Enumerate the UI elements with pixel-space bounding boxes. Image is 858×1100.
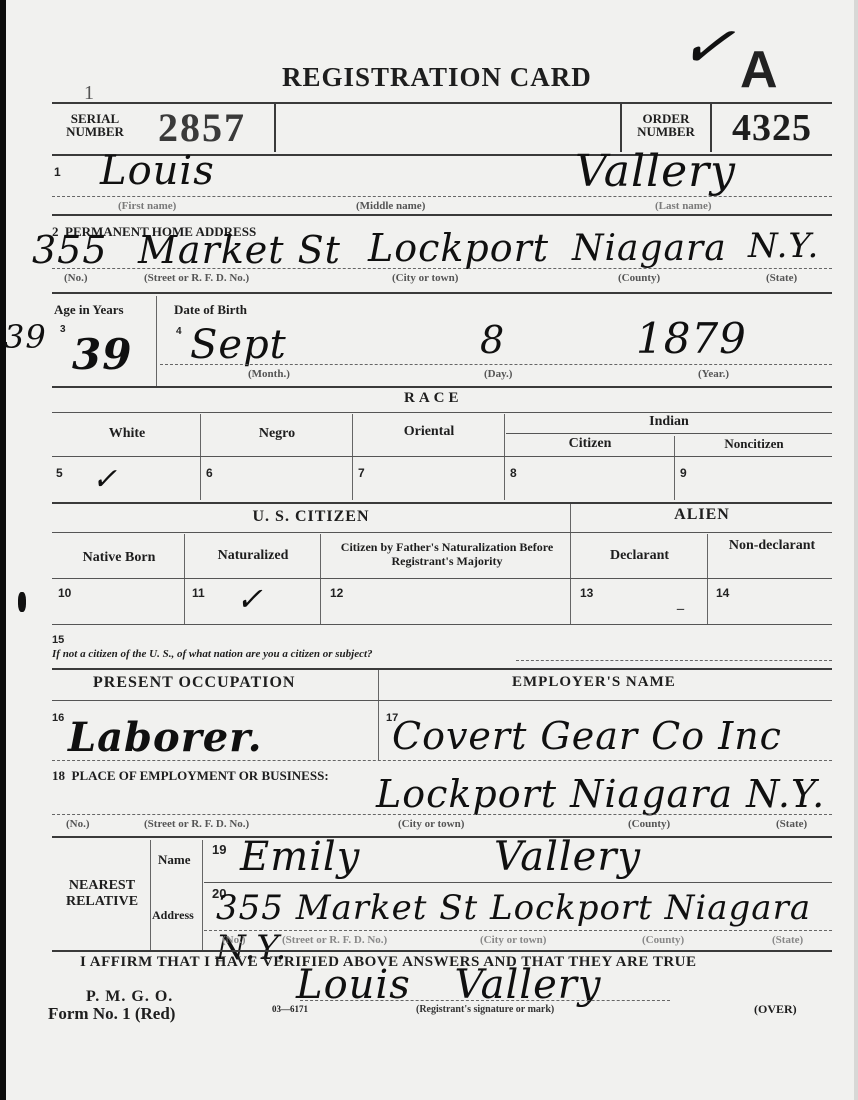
field-number-1: 1 <box>54 165 61 179</box>
relative-state-caption: (State) <box>772 934 803 946</box>
race-white-label: White <box>54 426 200 442</box>
divider <box>352 414 353 500</box>
first-name-caption: (First name) <box>118 200 176 212</box>
field-number-13: 13 <box>580 586 593 600</box>
non-declarant-label: Non-declarant <box>722 538 822 554</box>
occupation-heading: PRESENT OCCUPATION <box>93 674 295 692</box>
serial-number: 2857 <box>158 104 246 151</box>
race-heading: RACE <box>404 390 463 407</box>
field-number-19: 19 <box>212 842 226 857</box>
field-number-4: 4 <box>176 326 182 337</box>
divider <box>320 534 321 624</box>
registrant-signature[interactable]: Louis Vallery <box>296 962 601 1008</box>
field-number-18: 18 <box>52 768 65 783</box>
birth-day-caption: (Day.) <box>484 368 512 380</box>
rule <box>52 668 832 670</box>
race-indian-citizen-label: Citizen <box>506 436 674 452</box>
field-number-3: 3 <box>60 324 66 335</box>
field-number-16: 16 <box>52 712 64 724</box>
race-white-checkbox[interactable]: ✓ <box>92 462 118 497</box>
form-number: Form No. 1 (Red) <box>48 1004 175 1024</box>
employment-county-caption: (County) <box>628 818 670 830</box>
rule <box>52 950 832 952</box>
relative-address-label: Address <box>152 908 194 923</box>
address-street-caption: (Street or R. F. D. No.) <box>144 272 249 284</box>
field-number-9: 9 <box>680 466 687 480</box>
classification-letter: A <box>740 40 778 100</box>
over-label: (OVER) <box>754 1002 797 1017</box>
address-state-caption: (State) <box>766 272 797 284</box>
employment-no-caption: (No.) <box>66 818 90 830</box>
relative-no-caption: (No.) <box>222 934 246 946</box>
print-code: 03—6171 <box>272 1004 308 1014</box>
field-number-6: 6 <box>206 466 213 480</box>
nearest-relative-label: NEAREST RELATIVE <box>54 878 150 910</box>
field-number-10: 10 <box>58 586 71 600</box>
rule <box>52 814 832 815</box>
rule <box>506 433 832 434</box>
divider <box>710 104 712 152</box>
nation-answer-line[interactable] <box>516 660 832 661</box>
age-label: Age in Years <box>54 302 124 318</box>
age-margin-note: 39 <box>4 318 47 356</box>
rule <box>52 268 832 269</box>
nation-question: If not a citizen of the U. S., of what n… <box>52 648 373 660</box>
birth-day-value[interactable]: 8 <box>480 318 505 362</box>
relative-street-caption: (Street or R. F. D. No.) <box>282 934 387 946</box>
divider <box>274 104 276 152</box>
address-city-value[interactable]: Lockport <box>368 226 549 270</box>
address-city-caption: (City or town) <box>392 272 458 284</box>
field-number-8: 8 <box>510 466 517 480</box>
rule <box>204 930 832 931</box>
relative-name-value[interactable]: Emily Vallery <box>240 834 641 880</box>
relative-county-caption: (County) <box>642 934 684 946</box>
last-name-value[interactable]: Vallery <box>575 146 736 197</box>
employer-heading: EMPLOYER'S NAME <box>512 674 676 691</box>
declarant-label: Declarant <box>572 548 707 564</box>
middle-name-caption: (Middle name) <box>356 200 425 212</box>
rule <box>160 364 832 365</box>
employment-state-caption: (State) <box>776 818 807 830</box>
relative-name-label: Name <box>158 852 191 868</box>
race-indian-noncitizen-label: Noncitizen <box>676 436 832 452</box>
divider <box>674 436 675 500</box>
employment-street-caption: (Street or R. F. D. No.) <box>144 818 249 830</box>
divider <box>570 504 571 624</box>
naturalized-checkbox[interactable]: ✓ <box>236 580 264 618</box>
relative-city-caption: (City or town) <box>480 934 546 946</box>
employer-value[interactable]: Covert Gear Co Inc <box>392 714 782 758</box>
declarant-checkbox[interactable]: – <box>676 598 686 619</box>
rule <box>52 700 832 701</box>
last-name-caption: (Last name) <box>655 200 712 212</box>
divider <box>200 414 201 500</box>
us-citizen-heading: U. S. CITIZEN <box>52 508 570 526</box>
rule <box>204 882 832 883</box>
rule <box>52 412 832 413</box>
divider <box>378 670 379 760</box>
employment-place-label: 18 PLACE OF EMPLOYMENT OR BUSINESS: <box>52 768 329 784</box>
field-number-12: 12 <box>330 586 343 600</box>
native-born-label: Native Born <box>54 550 184 566</box>
rule <box>52 760 832 761</box>
field-number-15: 15 <box>52 634 64 646</box>
address-county-caption: (County) <box>618 272 660 284</box>
occupation-value[interactable]: Laborer. <box>68 714 263 761</box>
employment-place-value[interactable]: Lockport Niagara N.Y. <box>376 772 825 816</box>
address-street-value[interactable]: Market St <box>138 228 341 272</box>
naturalized-label: Naturalized <box>186 548 320 564</box>
field-number-5: 5 <box>56 466 63 480</box>
scan-border-left <box>0 0 6 1100</box>
alien-heading: ALIEN <box>572 506 832 524</box>
date-of-birth-label: Date of Birth <box>174 302 247 318</box>
rule <box>52 292 832 294</box>
field-number-7: 7 <box>358 466 365 480</box>
divider <box>184 534 185 624</box>
first-name-value[interactable]: Louis <box>100 148 215 194</box>
address-no-caption: (No.) <box>64 272 88 284</box>
birth-month-value[interactable]: Sept <box>190 322 287 368</box>
birth-year-caption: (Year.) <box>698 368 729 380</box>
divider <box>150 840 151 950</box>
employment-place-label-text: PLACE OF EMPLOYMENT OR BUSINESS: <box>72 768 329 783</box>
age-value[interactable]: 39 <box>72 330 132 379</box>
address-state-value[interactable]: N.Y. <box>748 226 819 266</box>
race-oriental-label: Oriental <box>354 424 504 440</box>
divider <box>504 414 505 500</box>
order-number: 4325 <box>732 106 812 150</box>
order-number-label: ORDER NUMBER <box>626 112 706 138</box>
address-number-value[interactable]: 355 <box>32 228 108 272</box>
employment-city-caption: (City or town) <box>398 818 464 830</box>
hole-punch-mark <box>18 592 26 612</box>
birth-month-caption: (Month.) <box>248 368 290 380</box>
race-negro-label: Negro <box>202 426 352 442</box>
rule <box>52 578 832 579</box>
field-number-11: 11 <box>192 586 205 600</box>
check-mark-icon: ✓ <box>675 7 738 88</box>
rule <box>52 624 832 625</box>
citizen-by-father-label: Citizen by Father's Naturalization Befor… <box>334 540 560 568</box>
race-indian-label: Indian <box>506 414 832 430</box>
birth-year-value[interactable]: 1879 <box>636 314 747 363</box>
serial-number-label: SERIAL NUMBER <box>58 112 132 138</box>
field-number-14: 14 <box>716 586 729 600</box>
rule <box>52 456 832 457</box>
rule <box>52 502 832 504</box>
rule <box>52 214 832 216</box>
card-title: REGISTRATION CARD <box>282 62 592 93</box>
rule <box>52 532 832 533</box>
signature-line <box>300 1000 670 1001</box>
divider <box>707 534 708 624</box>
divider <box>620 104 622 152</box>
address-county-value[interactable]: Niagara <box>572 228 727 269</box>
rule <box>52 196 832 197</box>
divider <box>202 840 203 950</box>
signature-caption: (Registrant's signature or mark) <box>416 1004 554 1015</box>
rule <box>52 386 832 388</box>
divider <box>156 296 157 386</box>
